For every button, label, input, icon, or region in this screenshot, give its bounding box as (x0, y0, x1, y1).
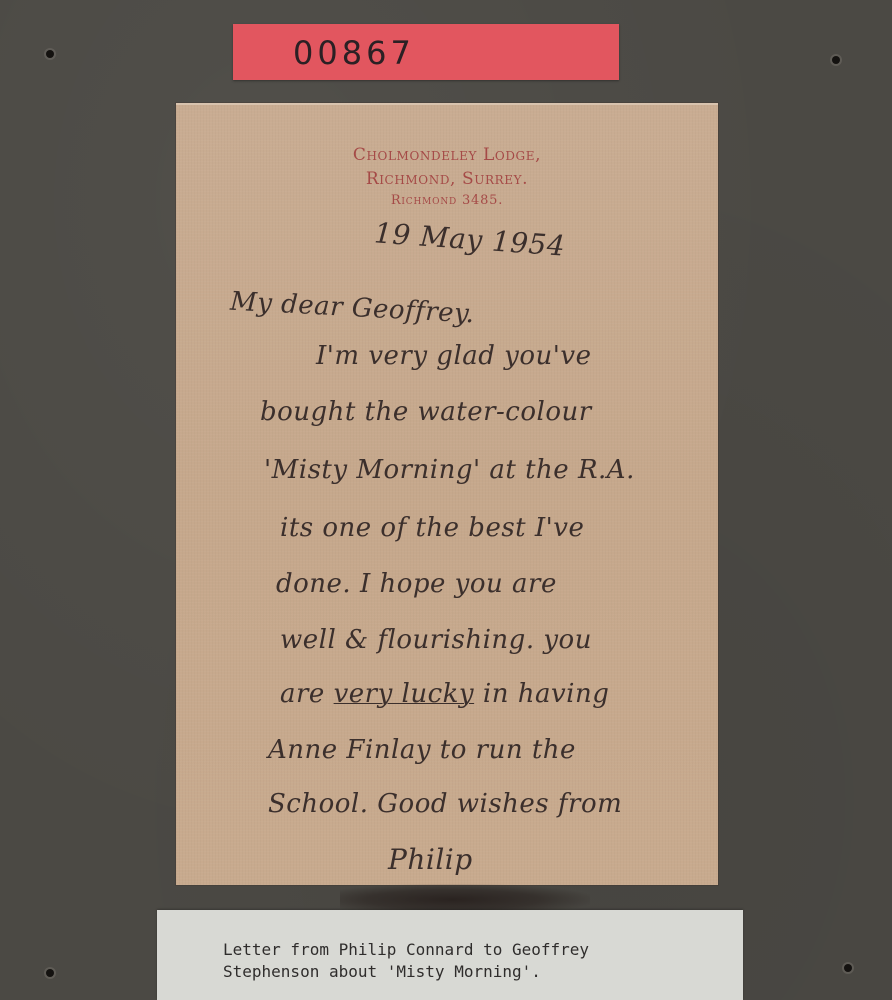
letter-line-part: in having (483, 679, 609, 709)
mounting-pin-icon (832, 56, 840, 64)
letterhead: Cholmondeley Lodge, Richmond, Surrey. Ri… (176, 143, 718, 211)
letter-line-part: are (280, 679, 325, 709)
caption-label: Letter from Philip Connard to Geoffrey S… (157, 910, 743, 1000)
caption-line-1: Letter from Philip Connard to Geoffrey (223, 940, 589, 959)
letter-line: 'Misty Morning' at the R.A. (264, 455, 635, 485)
underlined-phrase: very lucky (334, 679, 475, 709)
accession-number-label: 00867 (233, 24, 619, 80)
letter-signature: Philip (388, 843, 473, 876)
letterhead-town: Richmond, Surrey. (176, 167, 718, 191)
mounting-pin-icon (844, 964, 852, 972)
letterhead-house-name: Cholmondeley Lodge, (176, 143, 718, 167)
letter-line: are very lucky in having (280, 679, 609, 709)
letterhead-telephone: Richmond 3485. (176, 191, 718, 211)
letter-line: well & flourishing. you (280, 625, 592, 655)
letter-salutation: My dear Geoffrey. (229, 287, 475, 330)
adhesive-smudge (340, 884, 590, 910)
mounting-board: 00867 Cholmondeley Lodge, Richmond, Surr… (0, 0, 892, 1000)
accession-number: 00867 (293, 34, 415, 72)
caption-line-2: Stephenson about 'Misty Morning'. (223, 962, 541, 981)
handwritten-letter: Cholmondeley Lodge, Richmond, Surrey. Ri… (176, 103, 718, 885)
mounting-pin-icon (46, 969, 54, 977)
letter-line: its one of the best I've (280, 513, 584, 543)
letter-date: 19 May 1954 (373, 216, 566, 262)
letter-line: School. Good wishes from (268, 789, 622, 819)
mounting-pin-icon (46, 50, 54, 58)
letter-line: bought the water-colour (260, 397, 592, 427)
letter-line: Anne Finlay to run the (268, 735, 576, 765)
letter-line: I'm very glad you've (316, 341, 591, 371)
letter-line: done. I hope you are (276, 569, 557, 599)
